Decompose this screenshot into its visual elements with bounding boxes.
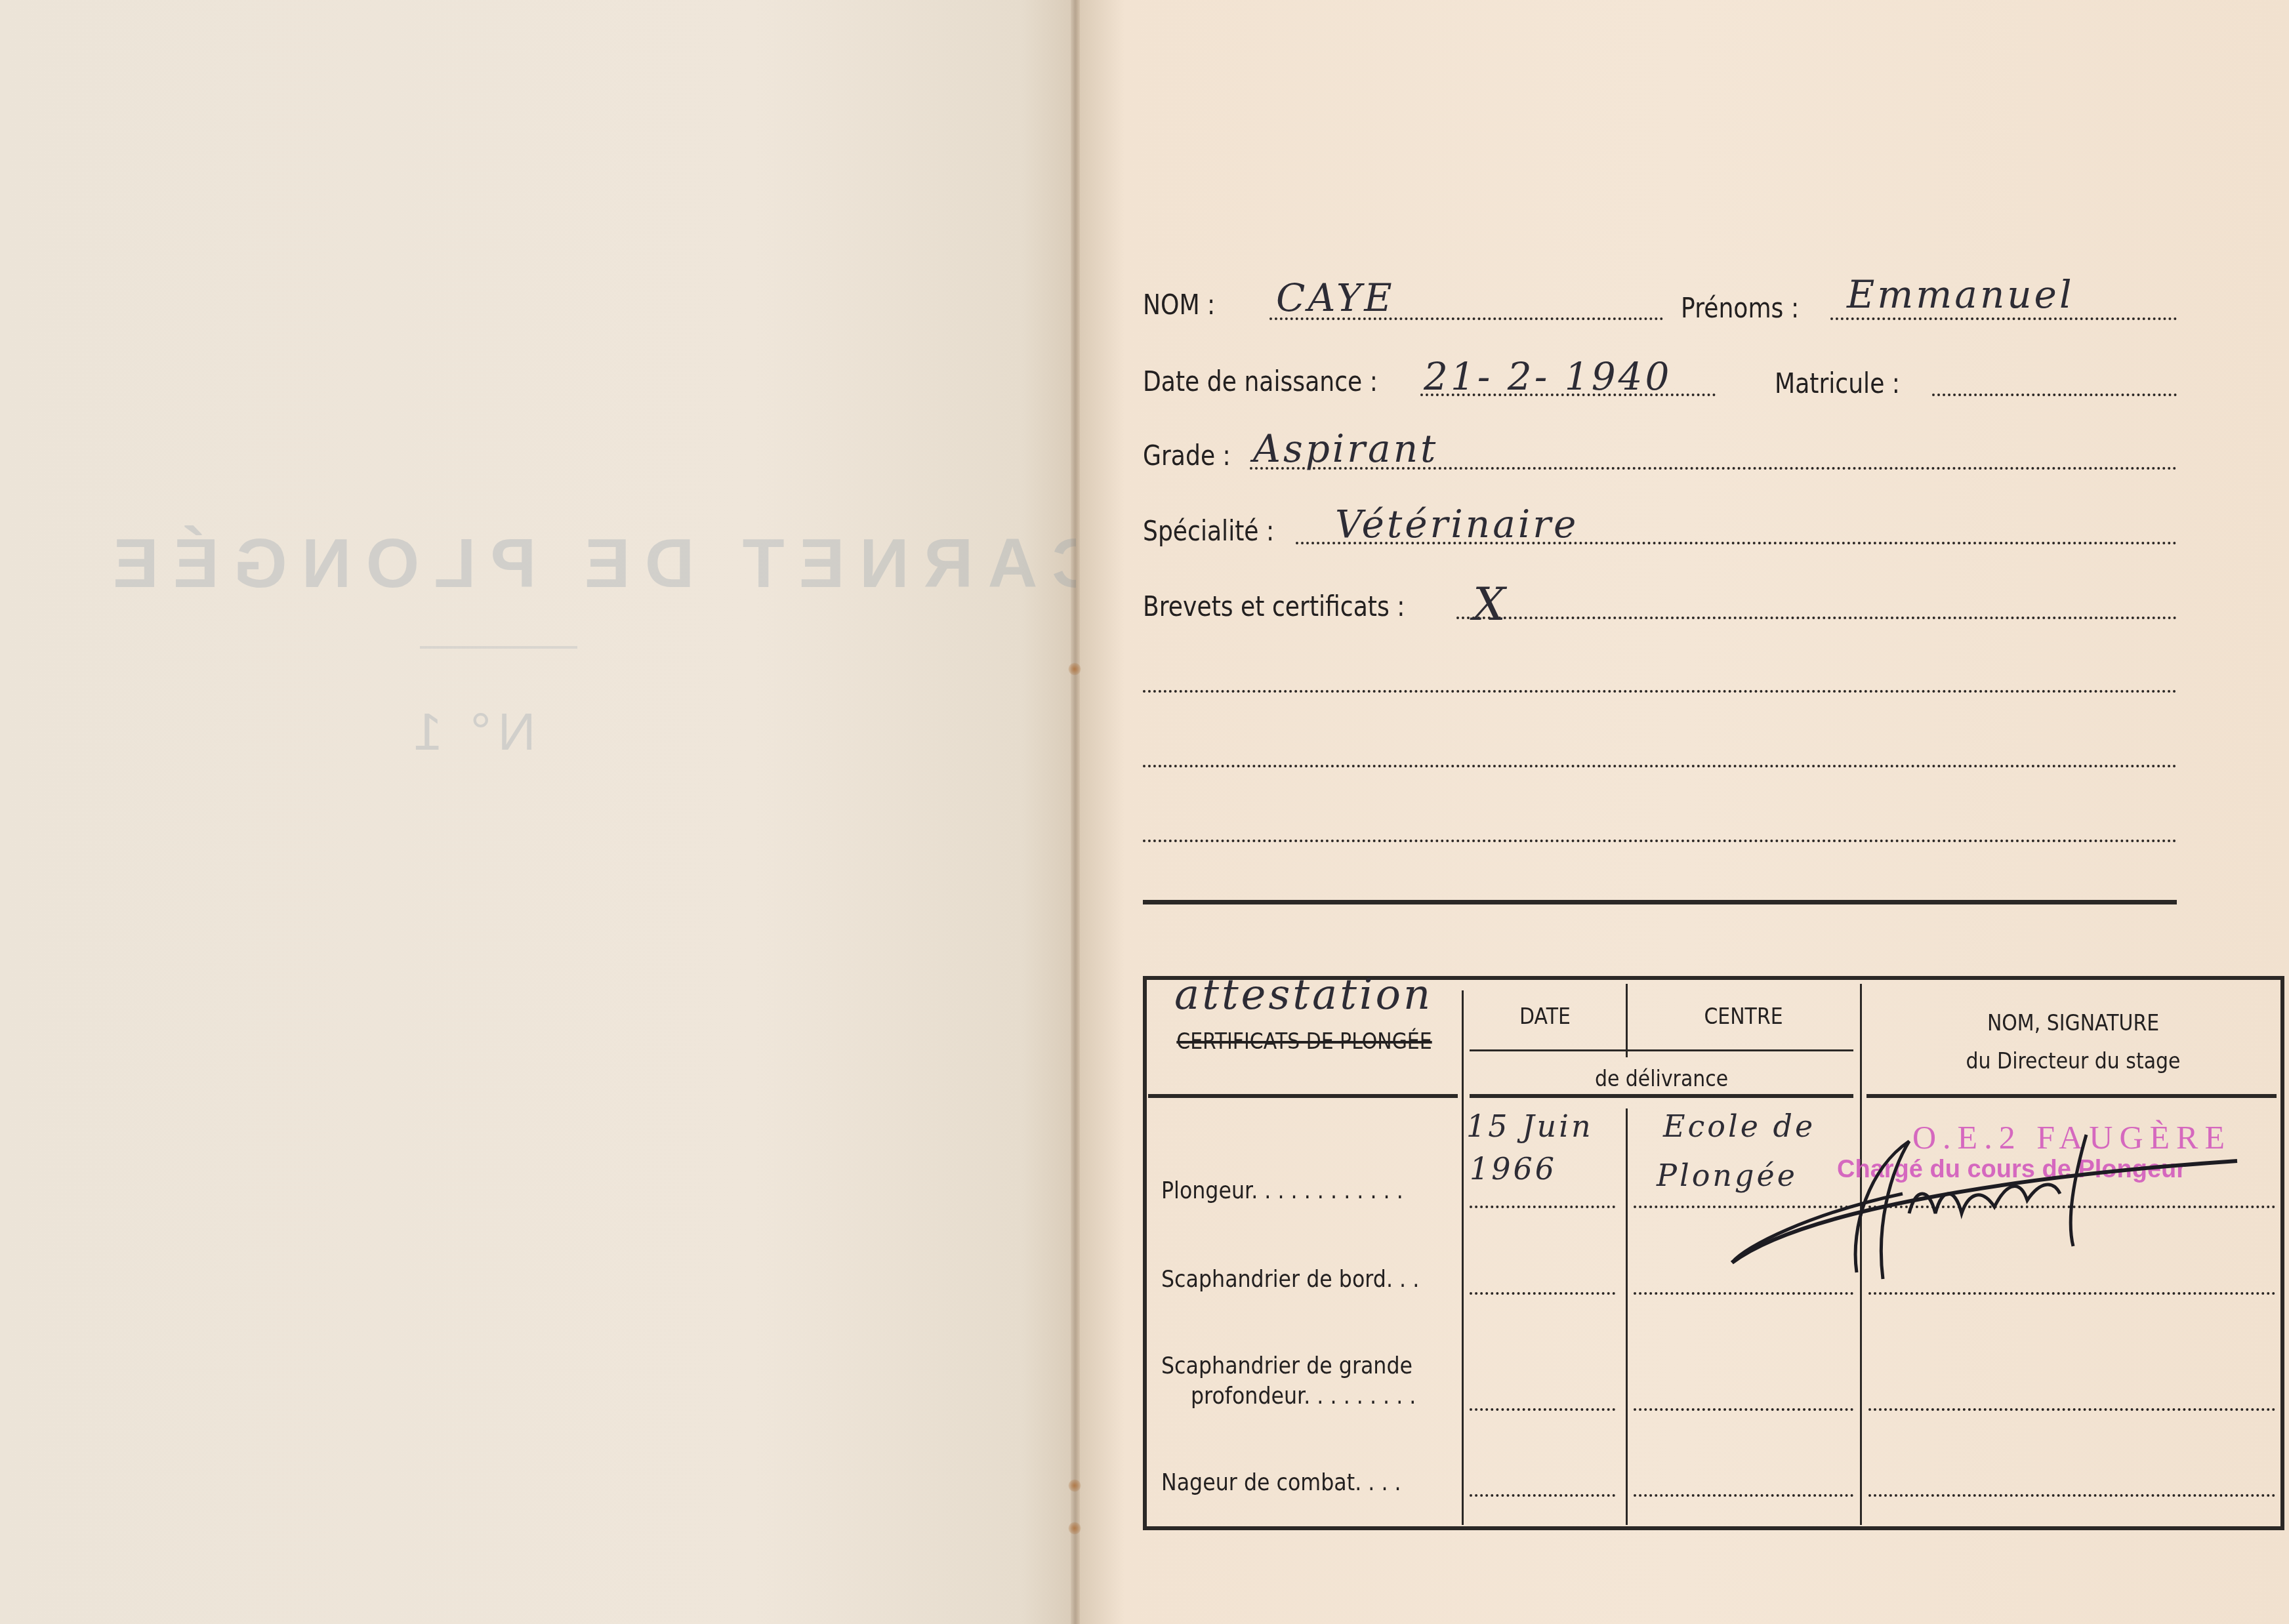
matricule-line[interactable] <box>1932 394 2177 396</box>
prenoms-label: Prénoms : <box>1681 292 1799 324</box>
col-divider <box>1462 990 1464 1525</box>
book-spine <box>1071 0 1080 1624</box>
nom-label: NOM : <box>1143 289 1215 321</box>
prenoms-line <box>1830 317 2177 320</box>
row-line[interactable] <box>1868 1292 2275 1295</box>
row-line[interactable] <box>1470 1494 1615 1497</box>
showthrough-title: CARNET DE PLONGÉE <box>98 525 1102 603</box>
row-line[interactable] <box>1868 1408 2275 1411</box>
row-line[interactable] <box>1470 1408 1615 1411</box>
header-bottom-rule <box>1470 1094 1853 1098</box>
row-label-scaphandrier-grande: Scaphandrier de grande <box>1161 1352 1413 1379</box>
staple-mark <box>1068 662 1081 676</box>
row-line[interactable] <box>1634 1408 1853 1411</box>
brevets-value[interactable]: X <box>1473 577 1508 631</box>
section-divider <box>1143 900 2177 904</box>
date-header: DATE <box>1473 1004 1617 1030</box>
signature-icon <box>1719 1115 2244 1286</box>
row-line <box>1470 1206 1615 1208</box>
plongeur-date-line2[interactable]: 1966 <box>1470 1151 1557 1187</box>
matricule-label: Matricule : <box>1775 367 1900 399</box>
left-page: CARNET DE PLONGÉE N° 1 <box>0 0 1076 1624</box>
row-label-plongeur: Plongeur. . . . . . . . . . . . <box>1161 1177 1403 1204</box>
staple-mark <box>1068 1522 1081 1535</box>
row-line[interactable] <box>1634 1292 1853 1295</box>
plongeur-date-line1[interactable]: 15 Juin <box>1466 1108 1594 1144</box>
date-naissance-label: Date de naissance : <box>1143 365 1378 397</box>
showthrough-number: N° 1 <box>407 702 535 762</box>
nom-signature-header: NOM, SIGNATURE <box>1888 1010 2258 1036</box>
col-divider <box>1626 1108 1628 1525</box>
row-label-nageur-combat: Nageur de combat. . . . <box>1161 1469 1401 1496</box>
directeur-header: du Directeur du stage <box>1888 1048 2258 1074</box>
de-delivrance-header: de délivrance <box>1487 1066 1836 1092</box>
staple-mark <box>1068 1479 1081 1492</box>
row-label-profondeur: profondeur. . . . . . . . . <box>1191 1383 1416 1410</box>
specialite-label: Spécialité : <box>1143 515 1274 547</box>
blank-line-3 <box>1143 840 2177 842</box>
prenoms-value[interactable]: Emmanuel <box>1847 272 2074 317</box>
blank-line-1 <box>1143 690 2177 693</box>
attestation-handwritten: attestation <box>1174 971 1433 1019</box>
row-line[interactable] <box>1634 1494 1853 1497</box>
brevets-line <box>1456 617 2177 619</box>
blank-line-2 <box>1143 765 2177 767</box>
header-bottom-rule <box>1866 1094 2277 1098</box>
certificats-header-struck: CERTIFICATS DE PLONGÉE <box>1172 1028 1437 1055</box>
nom-value[interactable]: CAYE <box>1276 275 1395 320</box>
showthrough-rule <box>420 646 577 649</box>
header-bottom-rule <box>1148 1094 1458 1098</box>
row-line[interactable] <box>1868 1494 2275 1497</box>
brevets-label: Brevets et certificats : <box>1143 590 1405 622</box>
grade-label: Grade : <box>1143 439 1231 472</box>
col-divider <box>1626 984 1628 1057</box>
specialite-value[interactable]: Vétérinaire <box>1335 502 1578 546</box>
date-naissance-value[interactable]: 21- 2- 1940 <box>1424 354 1672 399</box>
grade-value[interactable]: Aspirant <box>1253 426 1438 471</box>
centre-header: CENTRE <box>1641 1004 1846 1030</box>
row-label-scaphandrier-bord: Scaphandrier de bord. . . <box>1161 1266 1419 1293</box>
header-subrule <box>1470 1049 1853 1051</box>
row-line[interactable] <box>1470 1292 1615 1295</box>
